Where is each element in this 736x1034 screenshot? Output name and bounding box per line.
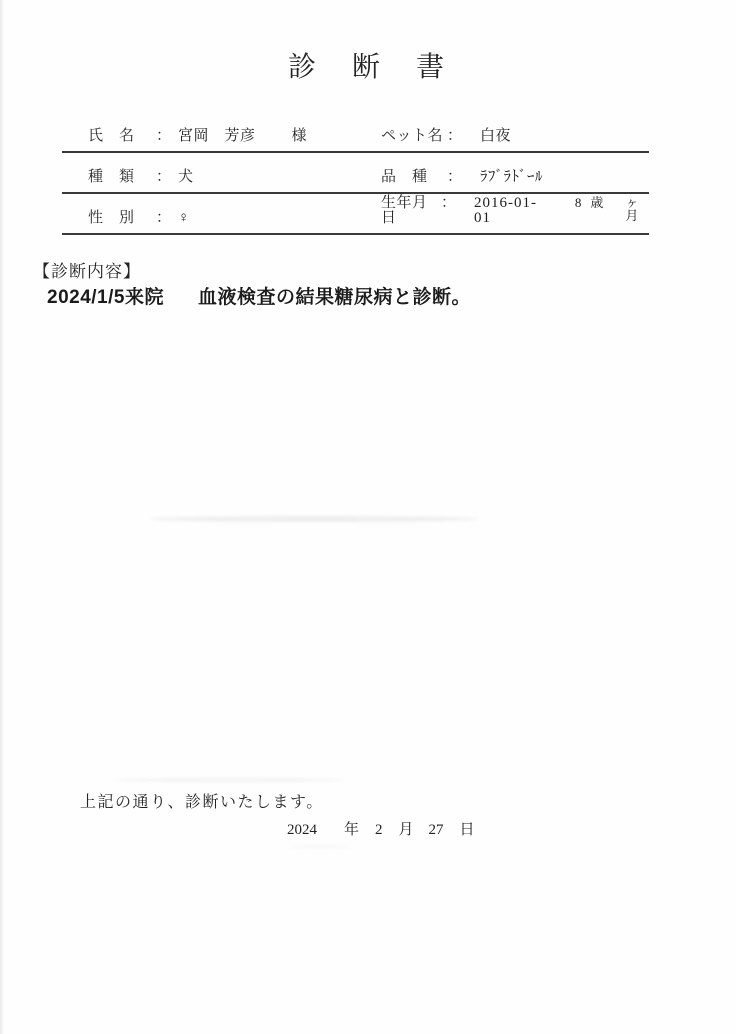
diagnosis-visit-date: 2024/1/5来院	[47, 287, 164, 310]
scan-smudge-artifact	[290, 845, 350, 848]
owner-name-colon: ：	[156, 129, 171, 144]
scan-smudge-artifact	[115, 778, 345, 782]
issue-date-month-unit: 月	[399, 821, 414, 839]
birthdate-value: 2016-01-01	[474, 196, 547, 226]
issue-date: 2024 年 2 月 27 日	[287, 821, 475, 839]
pet-name-label: ペット名	[381, 129, 447, 144]
birthdate-label: 生年月日	[381, 196, 441, 226]
issue-date-year: 2024	[287, 821, 317, 839]
sex-field: 性 別 ： ♀	[62, 211, 381, 226]
owner-name-label: 氏 名	[88, 129, 156, 144]
breed-colon: ：	[447, 170, 462, 185]
age-months-unit-label: ヶ月	[625, 196, 649, 222]
age-value: 8	[575, 196, 582, 209]
diagnosis-line: 2024/1/5来院 血液検査の結果糖尿病と診断。	[47, 287, 471, 310]
table-row-sex-birth: 性 別 ： ♀ 生年月日 ： 2016-01-01 8 歳 ヶ月	[62, 194, 649, 235]
medical-certificate-page: 診 断 書 氏 名 ： 宮岡 芳彦 様 ペット名 ： 白夜 種 類 ： 犬 品	[0, 0, 736, 1034]
diagnosis-section-title: 【診断内容】	[33, 257, 141, 282]
owner-honorific: 様	[292, 129, 307, 144]
issue-date-month: 2	[375, 821, 383, 839]
breed-label: 品 種	[381, 170, 447, 185]
patient-info-table: 氏 名 ： 宮岡 芳彦 様 ペット名 ： 白夜 種 類 ： 犬 品 種 ： ﾗﾌ…	[62, 112, 649, 235]
sex-label: 性 別	[88, 211, 156, 226]
pet-name-field: ペット名 ： 白夜	[381, 129, 649, 144]
age-unit-label: 歳	[590, 196, 603, 209]
species-value: 犬	[178, 170, 194, 185]
scan-smudge-artifact	[150, 516, 480, 522]
table-row-name: 氏 名 ： 宮岡 芳彦 様 ペット名 ： 白夜	[62, 112, 649, 153]
issue-date-year-unit: 年	[344, 821, 359, 839]
birthdate-colon: ：	[441, 196, 456, 211]
breed-field: 品 種 ： ﾗﾌﾞﾗﾄﾞｰﾙ	[381, 170, 649, 185]
species-colon: ：	[156, 170, 171, 185]
diagnosis-result-text: 血液検査の結果糖尿病と診断。	[198, 287, 471, 310]
breed-value: ﾗﾌﾞﾗﾄﾞｰﾙ	[480, 170, 543, 185]
closing-statement: 上記の通り、診断いたします。	[80, 789, 324, 812]
owner-name-field: 氏 名 ： 宮岡 芳彦 様	[62, 129, 381, 144]
table-row-species: 種 類 ： 犬 品 種 ： ﾗﾌﾞﾗﾄﾞｰﾙ	[62, 153, 649, 194]
sex-value: ♀	[178, 211, 190, 226]
species-label: 種 類	[88, 170, 156, 185]
owner-name-value: 宮岡 芳彦	[178, 129, 256, 144]
document-title: 診 断 書	[0, 54, 736, 82]
scan-edge-shadow	[0, 0, 4, 1034]
pet-name-colon: ：	[447, 129, 462, 144]
species-field: 種 類 ： 犬	[62, 170, 381, 185]
sex-colon: ：	[156, 211, 171, 226]
birthdate-field: 生年月日 ： 2016-01-01 8 歳 ヶ月	[381, 196, 649, 226]
issue-date-day: 27	[429, 821, 444, 839]
issue-date-day-unit: 日	[460, 821, 475, 839]
pet-name-value: 白夜	[480, 129, 511, 144]
